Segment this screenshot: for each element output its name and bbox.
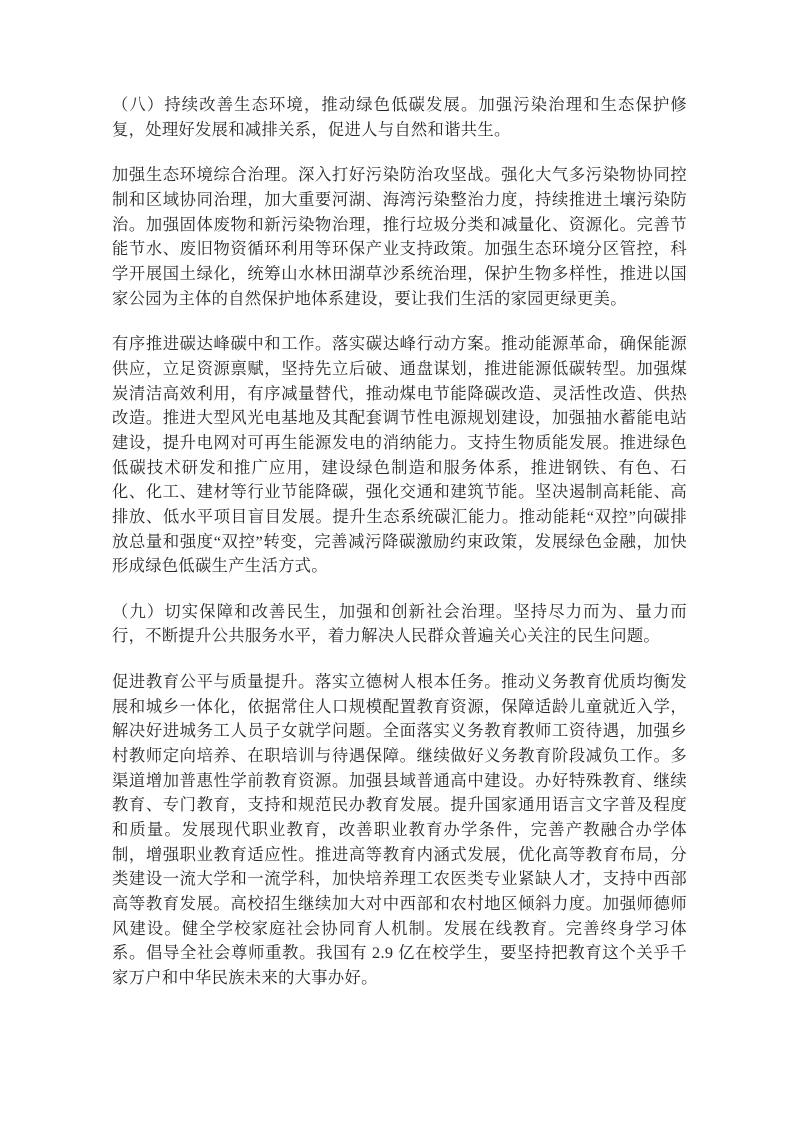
paragraph-section-8-heading: （八）持续改善生态环境，推动绿色低碳发展。加强污染治理和生态保护修复，处理好发展… — [112, 93, 687, 142]
paragraph-environment-governance: 加强生态环境综合治理。深入打好污染防治攻坚战。强化大气多污染物协同控制和区域协同… — [112, 163, 687, 311]
paragraph-carbon-peak-neutrality: 有序推进碳达峰碳中和工作。落实碳达峰行动方案。推动能源革命，确保能源供应，立足资… — [112, 332, 687, 579]
paragraph-education-equity: 促进教育公平与质量提升。落实立德树人根本任务。推动义务教育优质均衡发展和城乡一体… — [112, 670, 687, 991]
document-page: （八）持续改善生态环境，推动绿色低碳发展。加强污染治理和生态保护修复，处理好发展… — [112, 93, 687, 991]
paragraph-section-9-heading: （九）切实保障和改善民生，加强和创新社会治理。坚持尽力而为、量力而行，不断提升公… — [112, 600, 687, 649]
